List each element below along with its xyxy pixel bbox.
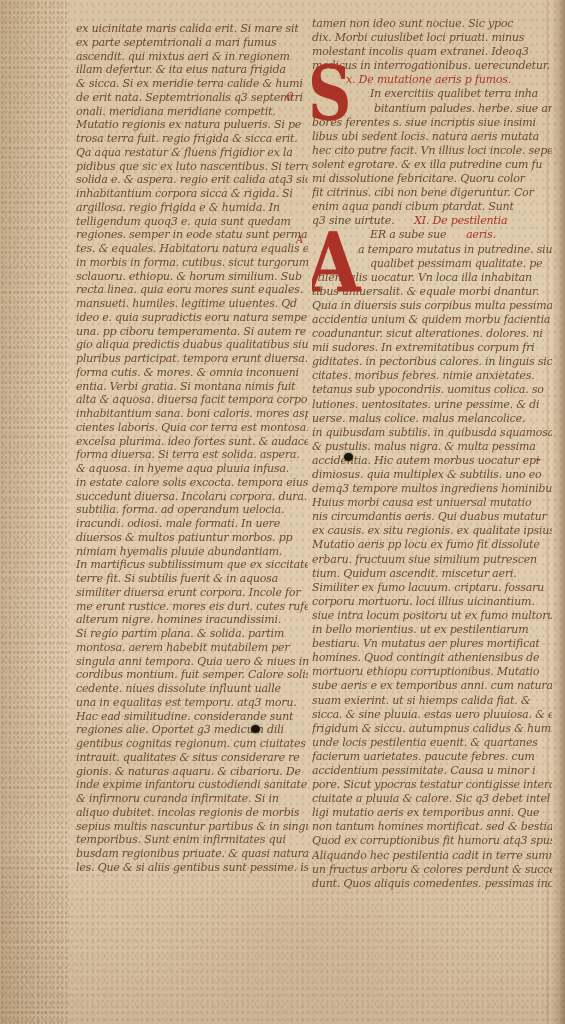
body-text: una in equalitas est temporu. atq3 moru. <box>76 696 297 709</box>
manuscript-line: montosa. aerem habebit mutabilem per <box>76 641 308 655</box>
manuscript-line: suam exierint. ut si hiemps calida fiat.… <box>312 694 552 708</box>
body-text: forma cutis. & mores. & omnia inconueni <box>76 366 299 379</box>
manuscript-line: gionis. & naturas aquaru. & cibarioru. D… <box>76 765 308 779</box>
manuscript-line: ideo e. quia supradictis eoru natura sem… <box>76 311 308 325</box>
rubric-text: aeris. <box>466 228 496 241</box>
body-text: gio aliqua predictis duabus qualitatibus… <box>76 338 308 351</box>
body-text: accidentium pessimitate. Causa u minor i <box>312 764 535 777</box>
body-text: similiter diuersa erunt corpora. Incole … <box>76 586 300 599</box>
body-text: In martificus subtilissimum que ex sicci… <box>76 558 308 571</box>
illuminated-initial-s: S <box>312 57 351 132</box>
manuscript-line: de erit nata. Septemtrionalis q3 septemt… <box>76 91 308 105</box>
manuscript-line: busdam regionibus priuate. & quasi natur… <box>76 847 308 861</box>
body-text: mortuoru ethiopu corruptionibus. Mutatio <box>312 665 539 678</box>
manuscript-line: non tantum homines mortificat. sed & bes… <box>312 820 552 834</box>
body-text: Mutatio aeris pp locu ex fumo fit dissol… <box>312 538 540 551</box>
body-text: siue intra locum positoru ut ex fumo mul… <box>312 609 552 622</box>
manuscript-line: citates. moribus febres. nimie anxietate… <box>312 369 552 383</box>
body-text: temporibus. Sunt enim infirmitates qui <box>76 833 286 846</box>
manuscript-line: Similiter ex fumo lacuum. criptaru. foss… <box>312 581 552 595</box>
parchment-left-edge-speckle <box>0 0 68 1024</box>
manuscript-line: unde locis pestilentia euenit. & quartan… <box>312 736 552 750</box>
body-text: singula anni tempora. Quia uero & niues … <box>76 655 308 668</box>
body-text: argillosa. regio frigida e & humida. In <box>76 201 280 214</box>
body-text: cedente. niues dissolute influunt ualle <box>76 682 281 695</box>
body-text: coadunantur. sicut alterationes. dolores… <box>312 327 543 340</box>
manuscript-line: Mutatio regionis ex natura pulueris. Si … <box>76 118 308 132</box>
body-text: una. pp ciboru temperamenta. Si autem re <box>76 325 306 338</box>
manuscript-line: diuersos & multos patiuntur morbos. pp <box>76 531 308 545</box>
manuscript-line: bestiaru. Vn mutatus aer plures mortific… <box>312 637 552 651</box>
body-text: regiones. semper in eode statu sunt perm… <box>76 228 308 241</box>
body-text: inhabitantium sana. boni caloris. mores … <box>76 407 308 420</box>
body-text: mi dissolutione febricitare. Quoru color <box>312 172 525 185</box>
manuscript-line: cientes laboris. Quia cor terra est mont… <box>76 421 308 435</box>
body-text: de erit nata. Septemtrionalis q3 septemt… <box>76 91 303 104</box>
body-text: Qa aqua restatur & fluens frigidior ex l… <box>76 146 293 159</box>
body-text: sube aeris e ex temporibus anni. cum nat… <box>312 679 552 692</box>
manuscript-line: sepius multis nascuntur partibus & in si… <box>76 820 308 834</box>
body-text: un fructus arboru & colores perdunt & su… <box>312 863 552 876</box>
body-text: Huius morbi causa est uniuersal mutatio <box>312 496 531 509</box>
body-text: pluribus participat. tempora erunt diuer… <box>76 352 308 365</box>
body-text: qualibet pessimam qualitate. pe <box>370 257 542 270</box>
body-text: sicca. & sine pluuia. estas uero pluuios… <box>312 708 552 721</box>
manuscript-line: tetanus sub ypocondriis. uomitus colica.… <box>312 383 552 397</box>
manuscript-line: hec cito putre facit. Vn illius loci inc… <box>312 144 552 158</box>
manuscript-line: ex parte septemtrionali a mari fumus <box>76 36 308 50</box>
manuscript-line: In martificus subtilissimum que ex sicci… <box>76 558 308 572</box>
body-text: in morbis in forma. cutibus. sicut turgo… <box>76 256 308 269</box>
body-text: & pustulis. malus nigra. & multa pessima <box>312 440 536 453</box>
manuscript-line: frigidum & siccu. autumpnus calidus & hu… <box>312 722 552 736</box>
body-text: sepius multis nascuntur partibus & in si… <box>76 820 308 833</box>
manuscript-line: accidentium pessimitate. Causa u minor i <box>312 764 552 778</box>
gutter-numeral-mark: 6 <box>286 90 293 103</box>
manuscript-line: ascendit. qui mixtus aeri & in regionem <box>76 50 308 64</box>
manuscript-line: inhabitantium corpora sicca & rigida. Si <box>76 187 308 201</box>
manuscript-line: ex causis. ex situ regionis. ex qualitat… <box>312 524 552 538</box>
manuscript-line: sube aeris e ex temporibus anni. cum nat… <box>312 679 552 693</box>
manuscript-line: dix. Morbi cuiuslibet loci priuati. minu… <box>312 31 552 45</box>
body-text: ideo e. quia supradictis eoru natura sem… <box>76 311 308 324</box>
body-text: dix. Morbi cuiuslibet loci priuati. minu… <box>312 31 524 44</box>
manuscript-line: mortuoru ethiopu corruptionibus. Mutatio <box>312 665 552 679</box>
body-text: tium. Quidum ascendit. miscetur aeri. <box>312 567 517 580</box>
manuscript-line: & aquosa. in hyeme aqua pluuia infusa. <box>76 462 308 476</box>
body-text: alta & aquosa. diuersa facit tempora cor… <box>76 393 308 406</box>
manuscript-page: { "document": { "kind": "medieval manusc… <box>0 0 565 1024</box>
manuscript-line: una. pp ciboru temperamenta. Si autem re <box>76 325 308 339</box>
manuscript-line: in morbis in forma. cutibus. sicut turgo… <box>76 256 308 270</box>
body-text: citates. moribus febres. nimie anxietate… <box>312 369 534 382</box>
manuscript-line: forma cutis. & mores. & omnia inconueni <box>76 366 308 380</box>
body-text: demq3 tempore multos ingrediens hominibu… <box>312 482 552 495</box>
body-text: terre fit. Si subtilis fuerit & in aquos… <box>76 572 278 585</box>
manuscript-line: in quibusdam subtilis. in quibusda squam… <box>312 426 552 440</box>
manuscript-line: giditates. in pectoribus calores. in lin… <box>312 355 552 369</box>
body-text: nis circumdantis aeris. Qui duabus mutat… <box>312 510 547 523</box>
body-text: In exercitiis qualibet terra inha <box>370 87 538 100</box>
body-text: recta linea. quia eoru mores sunt equale… <box>76 283 303 296</box>
body-text: pidibus que sic ex luto nascentibus. Si … <box>76 160 308 173</box>
manuscript-line: tium. Quidum ascendit. miscetur aeri. <box>312 567 552 581</box>
body-text: fit citrinus. cibi non bene digeruntur. … <box>312 186 534 199</box>
body-text: Hac ead similitudine. considerande sunt <box>76 710 293 723</box>
body-text: tes. & equales. Habitatoru natura equali… <box>76 242 308 255</box>
body-text: & aquosa. in hyeme aqua pluuia infusa. <box>76 462 289 475</box>
manuscript-line: tamen non ideo sunt nociue. Sic ypoc <box>312 17 552 31</box>
manuscript-line: erbaru. fructuum siue similium putrescen <box>312 553 552 567</box>
body-text: subtilia. forma. ad operandum uelocia. <box>76 503 284 516</box>
body-text: excelsa plurima. ideo fortes sunt. & aud… <box>76 435 308 448</box>
body-text: Aliquando hec pestilentia cadit in terre… <box>312 849 552 862</box>
manuscript-line: una in equalitas est temporu. atq3 moru. <box>76 696 308 710</box>
body-text: sclauoru. ethiopu. & horum similium. Sub <box>76 270 302 283</box>
body-text: les. Que & si aliis gentibus sunt pessim… <box>76 861 308 874</box>
manuscript-line: Hac ead similitudine. considerande sunt <box>76 710 308 724</box>
manuscript-line: nis circumdantis aeris. Qui duabus mutat… <box>312 510 552 524</box>
manuscript-line: accidentia unium & quidem morbu facienti… <box>312 313 552 327</box>
manuscript-line: mi dissolutione febricitare. Quoru color <box>312 172 552 186</box>
manuscript-line: alta & aquosa. diuersa facit tempora cor… <box>76 393 308 407</box>
manuscript-line: fit citrinus. cibi non bene digeruntur. … <box>312 186 552 200</box>
manuscript-line: & infirmoru curanda infirmitate. Si in <box>76 792 308 806</box>
body-text: homines. Quod contingit atheniensibus de <box>312 651 539 664</box>
manuscript-line: pore. Sicut ypocras testatur contigisse … <box>312 778 552 792</box>
body-text: inhabitantium corpora sicca & rigida. Si <box>76 187 293 200</box>
manuscript-line: similiter diuersa erunt corpora. Incole … <box>76 586 308 600</box>
manuscript-line: forma diuersa. Si terra est solida. aspe… <box>76 448 308 462</box>
body-text: tetanus sub ypocondriis. uomitus colica.… <box>312 383 544 396</box>
body-text: erbaru. fructuum siue similium putrescen <box>312 553 537 566</box>
body-text: frigidum & siccu. autumpnus calidus & hu… <box>312 722 552 735</box>
body-text: Si regio partim plana. & solida. partim <box>76 627 284 640</box>
manuscript-line: & sicca. Si ex meridie terra calide & hu… <box>76 77 308 91</box>
manuscript-line: les. Que & si aliis gentibus sunt pessim… <box>76 861 308 875</box>
body-text: ex uicinitate maris calida erit. Si mare… <box>76 22 299 35</box>
body-text: gionis. & naturas aquaru. & cibarioru. D… <box>76 765 301 778</box>
body-text: mii sudores. In extremitatibus corpum fr… <box>312 341 534 354</box>
manuscript-line: inhabitantium sana. boni caloris. mores … <box>76 407 308 421</box>
body-text: trosa terra fuit. regio frigida & sicca … <box>76 132 298 145</box>
body-text: corporu mortuoru. loci illius uicinantiu… <box>312 595 535 608</box>
body-text: me erunt rustice. mores eis duri. cutes … <box>76 600 308 613</box>
gutter-letter-mark: A <box>296 235 303 246</box>
body-text: telligendum quoq3 e. quia sunt quedam <box>76 215 291 228</box>
left-text-column: ex uicinitate maris calida erit. Si mare… <box>76 22 308 878</box>
manuscript-line: siue intra locum positoru ut ex fumo mul… <box>312 609 552 623</box>
body-text: & infirmoru curanda infirmitate. Si in <box>76 792 279 805</box>
body-text: entia. Verbi gratia. Si montana nimis fu… <box>76 380 295 393</box>
manuscript-line: gentibus cognitas regionum. cum ciuitate… <box>76 737 308 751</box>
body-text: dimiosus. quia multiplex & subtilis. uno… <box>312 468 541 481</box>
body-text: non tantum homines mortificat. sed & bes… <box>312 820 552 833</box>
manuscript-line: in bello morientius. ut ex pestilentiaru… <box>312 623 552 637</box>
body-text: illam defertur. & ita eius natura frigid… <box>76 63 286 76</box>
body-text: onali. meridiana meridiane competit. <box>76 105 276 118</box>
illuminated-initial-a: A <box>312 222 360 305</box>
body-text: enim aqua pandi cibum ptardat. Sunt <box>312 200 514 213</box>
body-text: alterum nigre. homines iracundissimi. <box>76 613 281 626</box>
body-text: dunt. Quos aliquis comedentes. pessimas … <box>312 877 552 890</box>
manuscript-line: corporu mortuoru. loci illius uicinantiu… <box>312 595 552 609</box>
body-text: montosa. aerem habebit mutabilem per <box>76 641 289 654</box>
manuscript-line: pluribus participat. tempora erunt diuer… <box>76 352 308 366</box>
manuscript-line: ciuitate a pluuia & calore. Sic q3 debet… <box>312 792 552 806</box>
manuscript-line: demq3 tempore multos ingrediens hominibu… <box>312 482 552 496</box>
body-text: bestiaru. Vn mutatus aer plures mortific… <box>312 637 540 650</box>
manuscript-line: cordibus montium. fuit semper. Calore so… <box>76 668 308 682</box>
manuscript-line: gio aliqua predictis duabus qualitatibus… <box>76 338 308 352</box>
manuscript-line: & pustulis. malus nigra. & multa pessima <box>312 440 552 454</box>
manuscript-line: succedunt diuersa. Incolaru corpora. dur… <box>76 490 308 504</box>
manuscript-line: sicca. & sine pluuia. estas uero pluuios… <box>312 708 552 722</box>
manuscript-line: excelsa plurima. ideo fortes sunt. & aud… <box>76 435 308 449</box>
body-text: nimiam hyemalis pluuie abundantiam. <box>76 545 282 558</box>
manuscript-line: iracundi. odiosi. male formati. In uere <box>76 517 308 531</box>
body-text: solent egrotare. & ex illa putredine cum… <box>312 158 542 171</box>
body-text: Quod ex corruptionibus fit humoru atq3 s… <box>312 834 552 847</box>
parchment-hole <box>251 725 260 733</box>
manuscript-line: homines. Quod contingit atheniensibus de <box>312 651 552 665</box>
manuscript-line: un fructus arboru & colores perdunt & su… <box>312 863 552 877</box>
body-text: & sicca. Si ex meridie terra calide & hu… <box>76 77 303 90</box>
manuscript-line: Si regio partim plana. & solida. partim <box>76 627 308 641</box>
body-text: bitantium paludes. herbe. siue ar <box>374 102 552 115</box>
manuscript-line: singula anni tempora. Quia uero & niues … <box>76 655 308 669</box>
body-text: mansueti. humiles. legitime uiuentes. Qd <box>76 297 297 310</box>
margin-dash-mark: - <box>536 452 541 466</box>
manuscript-line: illam defertur. & ita eius natura frigid… <box>76 63 308 77</box>
body-text: busdam regionibus priuate. & quasi natur… <box>76 847 308 860</box>
body-text: tamen non ideo sunt nociue. Sic ypoc <box>312 17 513 30</box>
manuscript-line: ligi mutatio aeris ex temporibus anni. Q… <box>312 806 552 820</box>
body-text: solida e. & aspera. regio erit calida at… <box>76 173 308 186</box>
manuscript-line: lutiones. uentositates. urine pessime. &… <box>312 398 552 412</box>
manuscript-line: dimiosus. quia multiplex & subtilis. uno… <box>312 468 552 482</box>
body-text: ligi mutatio aeris ex temporibus anni. Q… <box>312 806 539 819</box>
body-text: ex causis. ex situ regionis. ex qualitat… <box>312 524 552 537</box>
manuscript-line: mansueti. humiles. legitime uiuentes. Qd <box>76 297 308 311</box>
manuscript-line: solent egrotare. & ex illa putredine cum… <box>312 158 552 172</box>
manuscript-line: entia. Verbi gratia. Si montana nimis fu… <box>76 380 308 394</box>
manuscript-line: alterum nigre. homines iracundissimi. <box>76 613 308 627</box>
body-text: hec cito putre facit. Vn illius loci inc… <box>312 144 552 157</box>
manuscript-line: regiones. semper in eode statu sunt perm… <box>76 228 308 242</box>
manuscript-line: Mutatio aeris pp locu ex fumo fit dissol… <box>312 538 552 552</box>
manuscript-line: temporibus. Sunt enim infirmitates qui <box>76 833 308 847</box>
parchment-hole <box>344 453 353 461</box>
body-text: forma diuersa. Si terra est solida. aspe… <box>76 448 300 461</box>
manuscript-line: regiones alie. Oportet g3 medicum dili <box>76 723 308 737</box>
manuscript-line: cedente. niues dissolute influunt ualle <box>76 682 308 696</box>
body-text: intrauit. qualitates & situs considerare… <box>76 751 300 764</box>
body-text: aliquo dubitet. incolas regionis de morb… <box>76 806 299 819</box>
manuscript-line: Quod ex corruptionibus fit humoru atq3 s… <box>312 834 552 848</box>
body-text: in bello morientius. ut ex pestilentiaru… <box>312 623 528 636</box>
manuscript-line: telligendum quoq3 e. quia sunt quedam <box>76 215 308 229</box>
body-text: Similiter ex fumo lacuum. criptaru. foss… <box>312 581 544 594</box>
manuscript-line: mii sudores. In extremitatibus corpum fr… <box>312 341 552 355</box>
rubric-text: XI. De pestilentia <box>414 214 507 227</box>
manuscript-line: Aliquando hec pestilentia cadit in terre… <box>312 849 552 863</box>
body-text: iracundi. odiosi. male formati. In uere <box>76 517 280 530</box>
manuscript-line: trosa terra fuit. regio frigida & sicca … <box>76 132 308 146</box>
body-text: accidentia unium & quidem morbu facienti… <box>312 313 550 326</box>
manuscript-line: argillosa. regio frigida e & humida. In <box>76 201 308 215</box>
body-text: in quibusdam subtilis. in quibusda squam… <box>312 426 552 439</box>
manuscript-line: facierum uarietates. paucute febres. cum <box>312 750 552 764</box>
manuscript-line: onali. meridiana meridiane competit. <box>76 105 308 119</box>
manuscript-line: nimiam hyemalis pluuie abundantiam. <box>76 545 308 559</box>
body-text: a temparo mutatus in putredine. siue <box>358 243 552 256</box>
body-text: lutiones. uentositates. urine pessime. &… <box>312 398 539 411</box>
manuscript-line: recta linea. quia eoru mores sunt equale… <box>76 283 308 297</box>
manuscript-line: pidibus que sic ex luto nascentibus. Si … <box>76 160 308 174</box>
manuscript-line: sclauoru. ethiopu. & horum similium. Sub <box>76 270 308 284</box>
body-text: cordibus montium. fuit semper. Calore so… <box>76 668 308 681</box>
body-text: ER a sube sue <box>370 228 466 241</box>
body-text: diuersos & multos patiuntur morbos. pp <box>76 531 292 544</box>
body-text: in estate calore solis excocta. tempora … <box>76 476 308 489</box>
manuscript-line: Qa aqua restatur & fluens frigidior ex l… <box>76 146 308 160</box>
manuscript-line: dunt. Quos aliquis comedentes. pessimas … <box>312 877 552 891</box>
manuscript-line: Huius morbi causa est uniuersal mutatio <box>312 496 552 510</box>
body-text: ascendit. qui mixtus aeri & in regionem <box>76 50 290 63</box>
body-text: ciuitate a pluuia & calore. Sic q3 debet… <box>312 792 550 805</box>
manuscript-line: me erunt rustice. mores eis duri. cutes … <box>76 600 308 614</box>
manuscript-line: aliquo dubitet. incolas regionis de morb… <box>76 806 308 820</box>
page-right-edge-shadow <box>551 0 565 1024</box>
body-text: giditates. in pectoribus calores. in lin… <box>312 355 552 368</box>
manuscript-line: enim aqua pandi cibum ptardat. Sunt <box>312 200 552 214</box>
manuscript-line: subtilia. forma. ad operandum uelocia. <box>76 503 308 517</box>
body-text: suam exierint. ut si hiemps calida fiat.… <box>312 694 530 707</box>
manuscript-line: terre fit. Si subtilis fuerit & in aquos… <box>76 572 308 586</box>
manuscript-line: tes. & equales. Habitatoru natura equali… <box>76 242 308 256</box>
body-text: Mutatio regionis ex natura pulueris. Si … <box>76 118 301 131</box>
body-text: ex parte septemtrionali a mari fumus <box>76 36 276 49</box>
rubric-text: x. De mutatione aeris p fumos. <box>346 73 511 86</box>
manuscript-line: ex uicinitate maris calida erit. Si mare… <box>76 22 308 36</box>
manuscript-line: uerse. malus colice. malus melancolice. <box>312 412 552 426</box>
body-text: uerse. malus colice. malus melancolice. <box>312 412 525 425</box>
body-text: succedunt diuersa. Incolaru corpora. dur… <box>76 490 307 503</box>
body-text: gentibus cognitas regionum. cum ciuitate… <box>76 737 306 750</box>
manuscript-line: coadunantur. sicut alterationes. dolores… <box>312 327 552 341</box>
body-text: facierum uarietates. paucute febres. cum <box>312 750 535 763</box>
body-text: cientes laboris. Quia cor terra est mont… <box>76 421 308 434</box>
manuscript-line: intrauit. qualitates & situs considerare… <box>76 751 308 765</box>
manuscript-line: inde expime infantoru custodiendi sanita… <box>76 778 308 792</box>
body-text: pore. Sicut ypocras testatur contigisse … <box>312 778 552 791</box>
manuscript-line: solida e. & aspera. regio erit calida at… <box>76 173 308 187</box>
manuscript-line: in estate calore solis excocta. tempora … <box>76 476 308 490</box>
body-text: unde locis pestilentia euenit. & quartan… <box>312 736 538 749</box>
body-text: inde expime infantoru custodiendi sanita… <box>76 778 308 791</box>
